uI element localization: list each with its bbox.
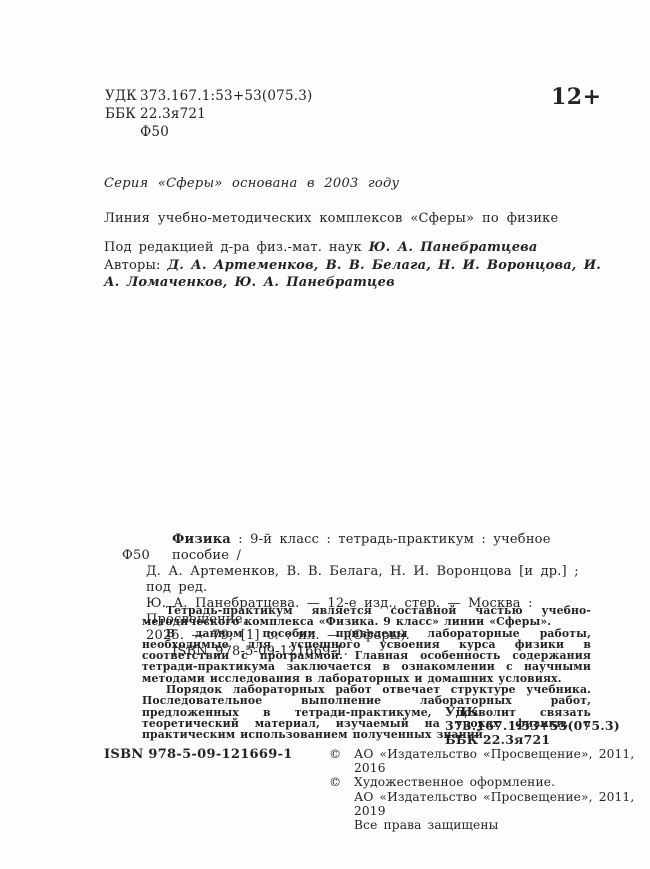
udk-line: УДК 373.167.1:53+53(075.3) — [105, 87, 313, 105]
annotation-paragraph-2: В данном пособии приведены лабораторные … — [142, 628, 591, 684]
authors-line: Авторы: Д. А. Артеменков, В. В. Белага, … — [104, 257, 606, 292]
copyright-text-3: АО «Издательство «Просвещение», 2011, 20… — [354, 790, 650, 818]
author-sign-code: Ф50 — [140, 123, 313, 141]
copyright-symbol-spacer — [329, 818, 354, 832]
bbk-repeat: ББК 22.3я721 — [445, 733, 650, 747]
copyright-symbol: © — [329, 747, 354, 775]
editor-prefix: Под редакцией д-ра физ.-мат. наук — [104, 240, 369, 255]
top-classification-block: УДК 373.167.1:53+53(075.3) ББК 22.3я721 … — [105, 87, 313, 141]
udk-value: 373.167.1:53+53(075.3) — [140, 87, 313, 105]
authors-names: Д. А. Артеменков, В. В. Белага, Н. И. Во… — [104, 258, 601, 291]
editor-line: Под редакцией д-ра физ.-мат. наук Ю. А. … — [104, 239, 606, 257]
copyright-text-4: Все права защищены — [354, 818, 499, 832]
editors-block: Под редакцией д-ра физ.-мат. наук Ю. А. … — [104, 239, 606, 292]
bbk-label: ББК — [105, 105, 133, 123]
umk-line-note: Линия учебно-методических комплексов «Сф… — [104, 211, 558, 226]
annotation-paragraph-1: Тетрадь-практикум является составной час… — [142, 605, 591, 628]
copyright-line-4: Все права защищены — [329, 818, 650, 832]
book-imprint-page: УДК 373.167.1:53+53(075.3) ББК 22.3я721 … — [0, 0, 650, 869]
copyright-text-1: АО «Издательство «Просвещение», 2011, 20… — [354, 747, 650, 775]
udk-label: УДК — [105, 87, 133, 105]
copyright-line-1: © АО «Издательство «Просвещение», 2011, … — [329, 747, 650, 775]
series-note: Серия «Сферы» основана в 2003 году — [104, 176, 399, 191]
authors-label: Авторы: — [104, 258, 167, 273]
classification-repeat-block: УДК 373.167.1:53+53(075.3) ББК 22.3я721 — [445, 705, 650, 746]
footer-isbn: ISBN 978-5-09-121669-1 — [104, 747, 293, 762]
copyright-line-3: АО «Издательство «Просвещение», 2011, 20… — [329, 790, 650, 818]
copyright-line-2: © Художественное оформление. — [329, 775, 650, 789]
udk-repeat: УДК 373.167.1:53+53(075.3) — [445, 705, 650, 733]
biblio-title: Физика — [172, 532, 231, 547]
biblio-line-1: Физика : 9-й класс : тетрадь-практикум :… — [146, 532, 592, 564]
bbk-line: ББК 22.3я721 — [105, 105, 313, 123]
copyright-symbol-spacer — [329, 790, 354, 818]
biblio-line-2: Д. А. Артеменков, В. В. Белага, Н. И. Во… — [146, 564, 592, 596]
copyright-symbol: © — [329, 775, 354, 789]
age-rating-badge: 12+ — [551, 84, 602, 110]
copyright-block: © АО «Издательство «Просвещение», 2011, … — [329, 747, 650, 832]
biblio-author-sign: Ф50 — [122, 548, 150, 564]
bbk-value: 22.3я721 — [140, 105, 206, 123]
copyright-text-2: Художественное оформление. — [354, 775, 555, 789]
editor-name: Ю. А. Панебратцева — [369, 240, 538, 255]
